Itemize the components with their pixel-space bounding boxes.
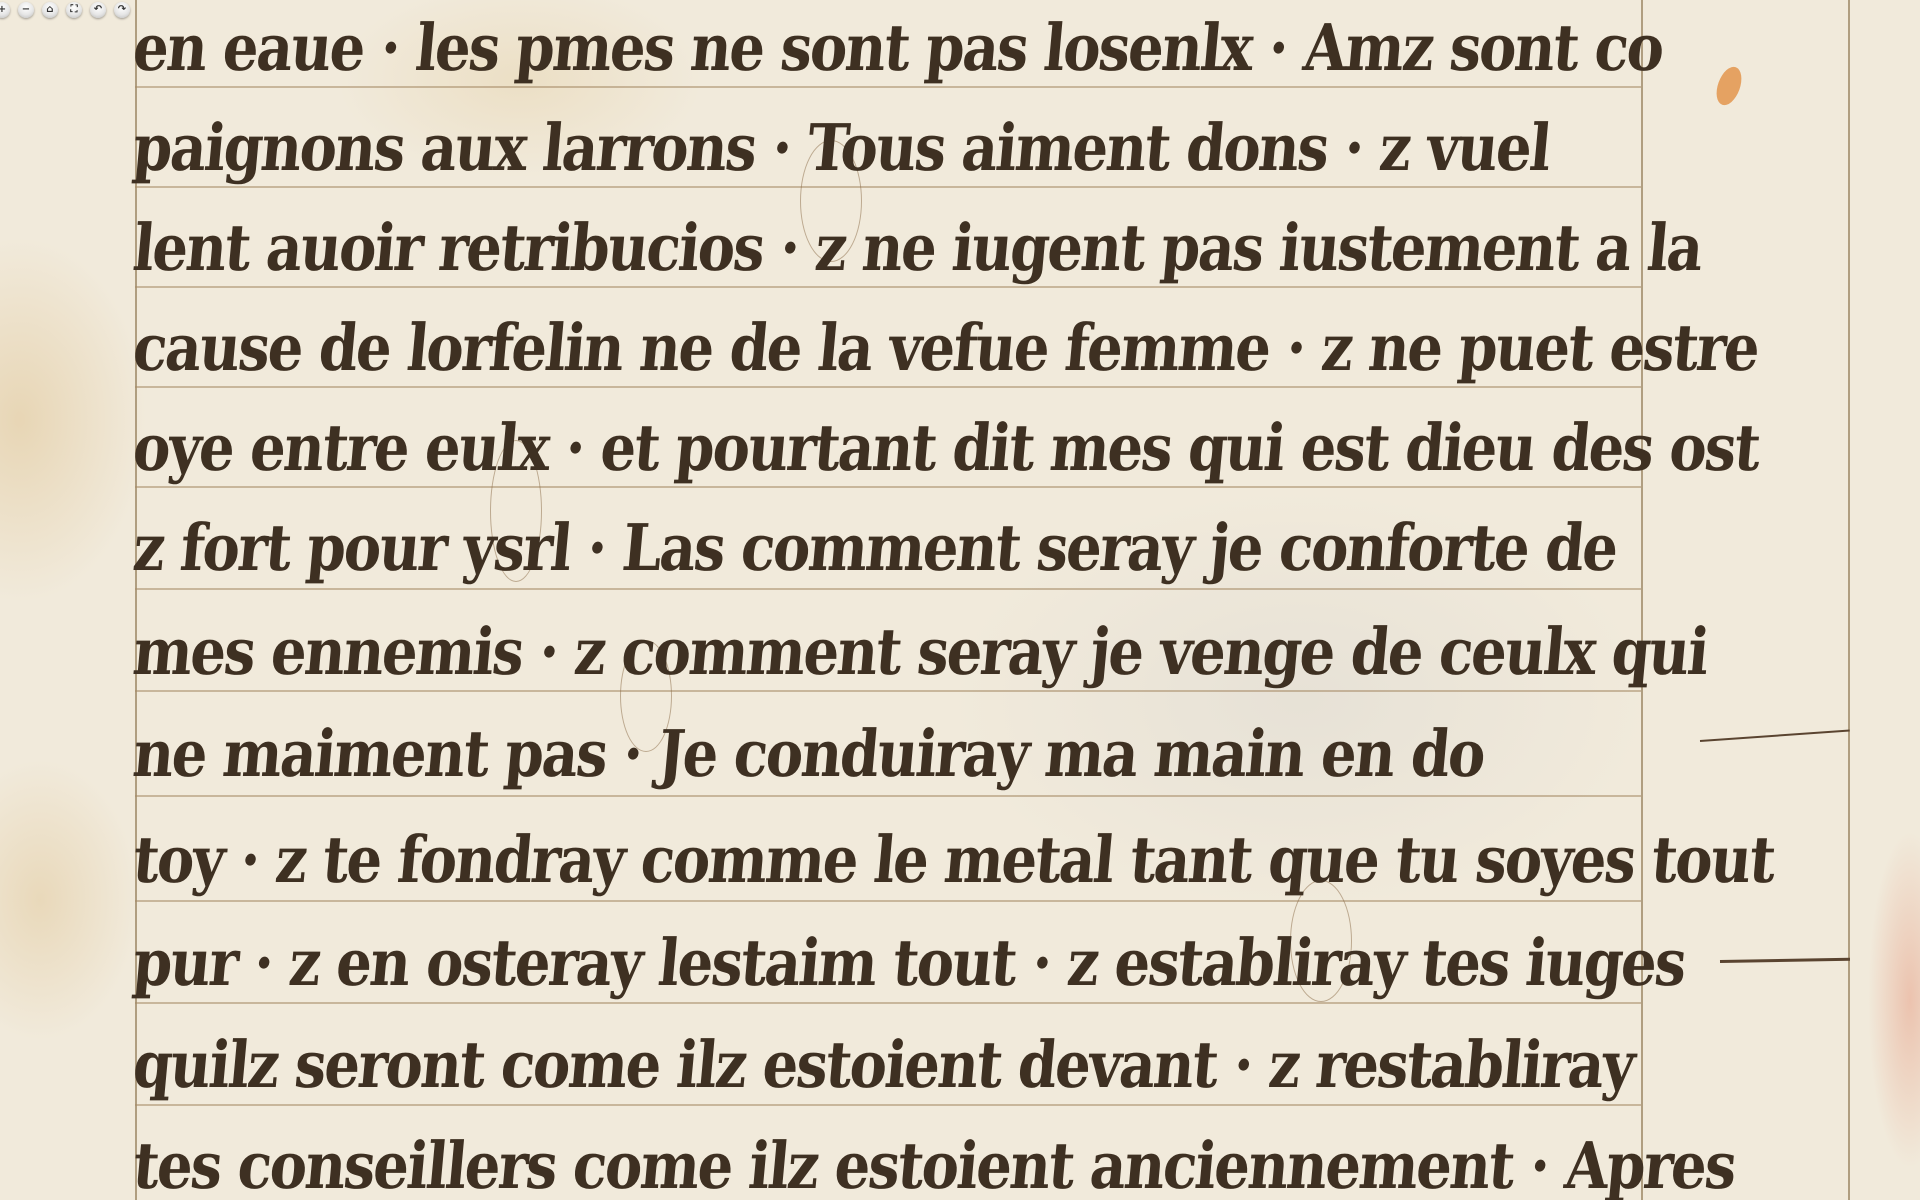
- line-filler-stroke: [1720, 958, 1850, 963]
- manuscript-line: lent auoir retribucios · z ne iugent pas…: [130, 210, 1705, 286]
- minus-icon: −: [22, 5, 30, 15]
- manuscript-line: oye entre eulx · et pourtant dit mes qui…: [130, 410, 1762, 486]
- rotate-left-icon: ↶: [94, 5, 102, 15]
- manuscript-line: z fort pour ysrl · Las comment seray je …: [130, 510, 1620, 586]
- zoom-out-button[interactable]: −: [18, 2, 34, 18]
- manuscript-line: paignons aux larrons · Tous aiment dons …: [130, 110, 1553, 186]
- rotate-right-button[interactable]: ↷: [114, 2, 130, 18]
- ruling-line: [135, 186, 1641, 188]
- manuscript-line: ne maiment pas · Je conduiray ma main en…: [130, 716, 1487, 792]
- ruling-line: [135, 86, 1641, 88]
- ruling-line: [135, 386, 1641, 388]
- ruling-line: [135, 900, 1641, 902]
- ruling-line: [135, 1104, 1641, 1106]
- ruling-line: [135, 795, 1641, 797]
- fullscreen-icon: ⛶: [71, 5, 78, 15]
- rotate-right-icon: ↷: [118, 5, 126, 15]
- manuscript-line: mes ennemis · z comment seray je venge d…: [130, 614, 1711, 690]
- home-icon: ⌂: [46, 5, 53, 15]
- manuscript-line: en eaue · les pmes ne sont pas losenlx ·…: [130, 10, 1666, 86]
- ruling-line: [135, 286, 1641, 288]
- zoom-in-button[interactable]: +: [0, 2, 10, 18]
- fullscreen-button[interactable]: ⛶: [66, 2, 82, 18]
- viewer-toolbar: + − ⌂ ⛶ ↶ ↷: [0, 2, 130, 18]
- rotate-left-button[interactable]: ↶: [90, 2, 106, 18]
- ruling-line: [135, 588, 1641, 590]
- ruling-line: [135, 1002, 1641, 1004]
- orange-stain: [1712, 63, 1746, 108]
- ruling-line: [135, 486, 1641, 488]
- right-outer-rule: [1848, 0, 1850, 1200]
- manuscript-line: tes conseillers come ilz estoient ancien…: [130, 1128, 1738, 1200]
- manuscript-line: cause de lorfelin ne de la vefue femme ·…: [130, 310, 1761, 386]
- right-inner-rule: [1641, 0, 1643, 1200]
- line-filler-stroke: [1700, 730, 1850, 742]
- manuscript-viewer[interactable]: en eaue · les pmes ne sont pas losenlx ·…: [0, 0, 1920, 1200]
- home-button[interactable]: ⌂: [42, 2, 58, 18]
- manuscript-line: quilz seront come ilz estoient devant · …: [130, 1027, 1637, 1103]
- ruling-line: [135, 690, 1641, 692]
- manuscript-line: pur · z en osteray lestaim tout · z esta…: [130, 925, 1688, 1001]
- plus-icon: +: [0, 5, 6, 15]
- manuscript-line: toy · z te fondray comme le metal tant q…: [130, 822, 1777, 898]
